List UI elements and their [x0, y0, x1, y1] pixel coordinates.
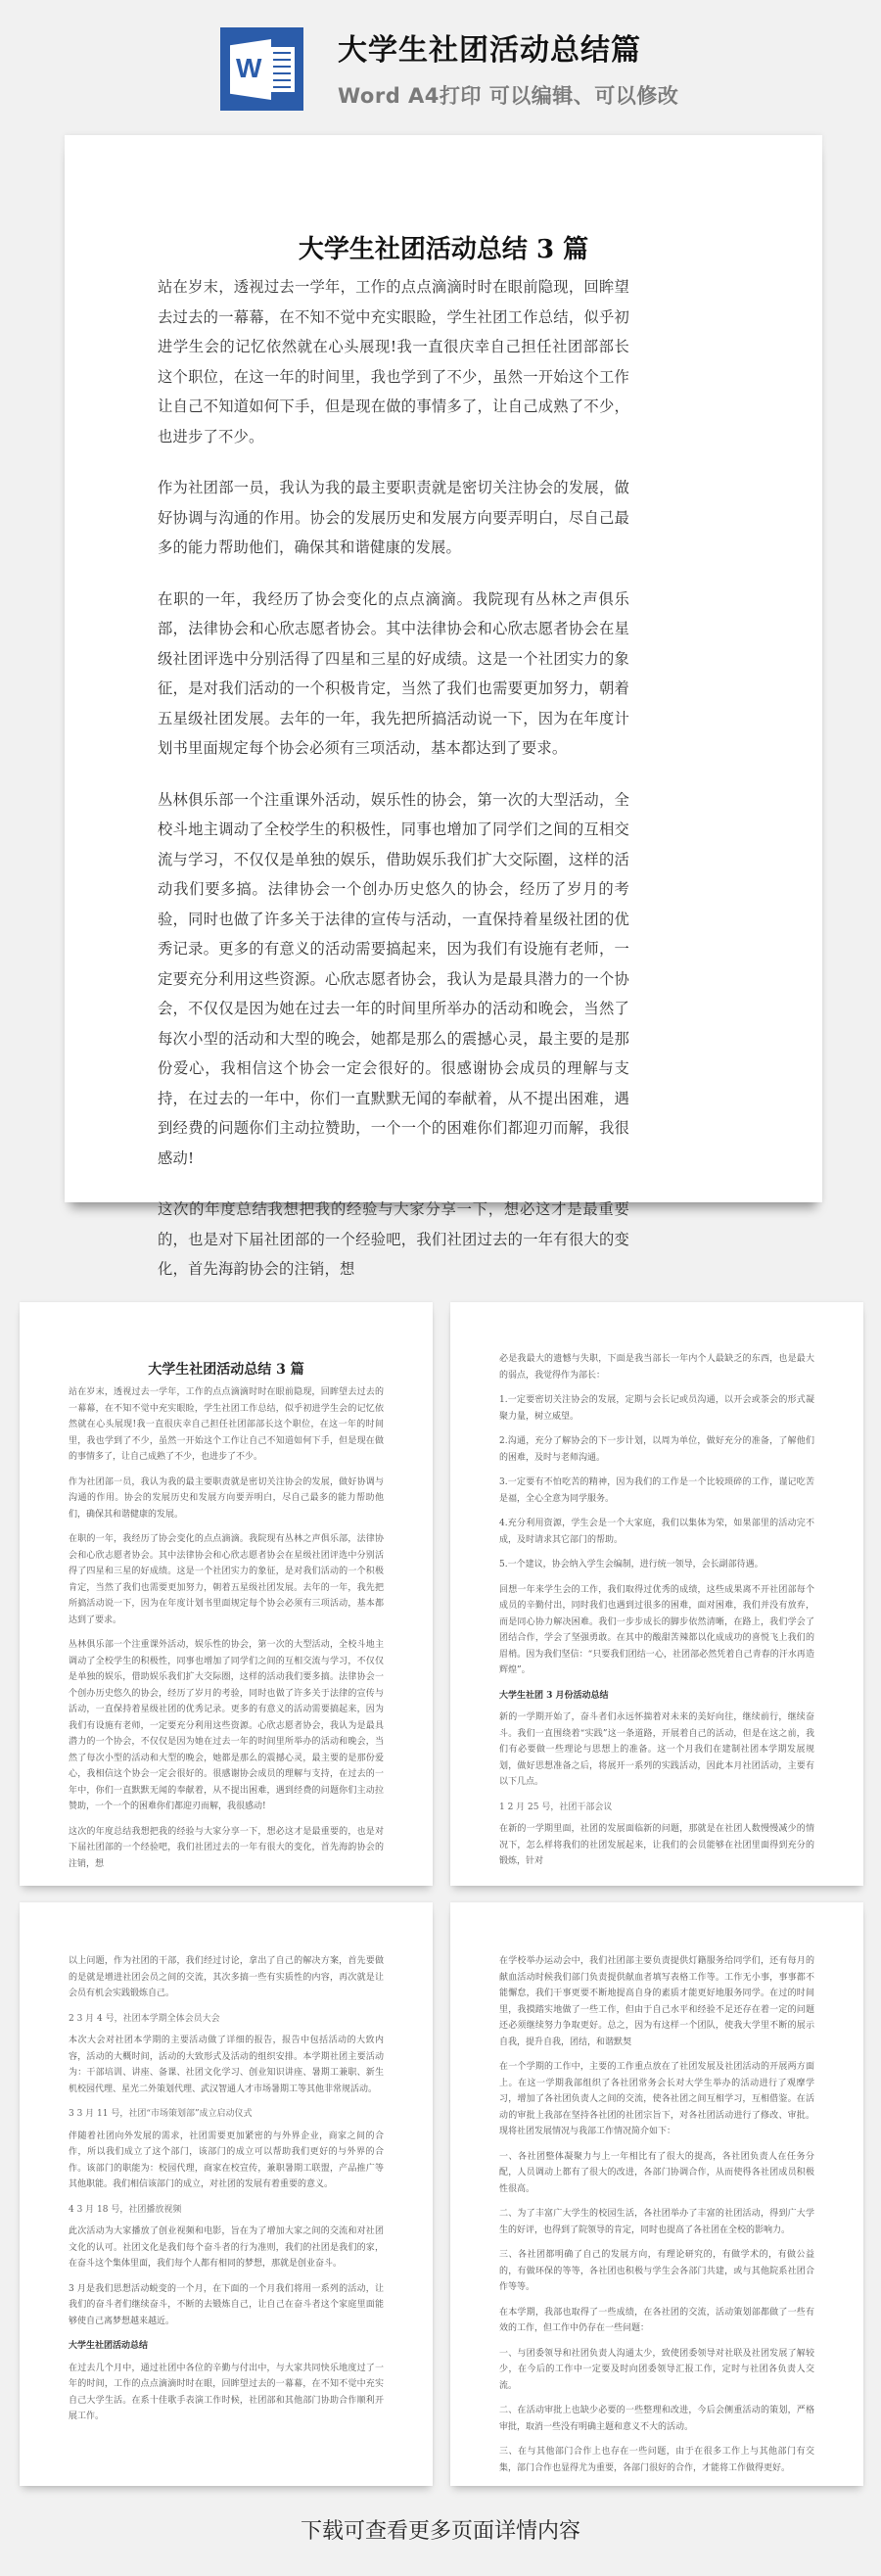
document-title: 大学生社团活动总结 3 篇: [65, 229, 822, 265]
thumbnail-paragraph: 三、在与其他部门合作上也存在一些问题，由于在很多工作上与其他部门有交集，部门合作…: [499, 2444, 814, 2476]
thumbnail-heading: 1 2 月 25 号，社团干部会议: [499, 1800, 814, 1816]
document-lines-icon: [269, 47, 295, 92]
thumbnail-paragraph: 在本学期，我部也取得了一些成绩，在各社团的交流，活动策划部都做了一些有效的工作，…: [499, 2305, 814, 2337]
thumbnail-paragraph: 伴随着社团向外发展的需求，社团需要更加紧密的与外界企业，商家之间的合作，所以我们…: [69, 2129, 384, 2193]
word-letter-panel: W: [230, 39, 271, 100]
thumbnail-page-1[interactable]: 大学生社团活动总结 3 篇站在岁末，透视过去一学年，工作的点点滴滴时时在眼前隐现…: [20, 1302, 433, 1886]
thumbnail-paragraph: 3.一定要有不怕吃苦的精神，因为我们的工作是一个比较琐碎的工作，谨记吃苦是福，全…: [499, 1475, 814, 1507]
paragraph: 在职的一年，我经历了协会变化的点点滴滴。我院现有丛林之声俱乐部，法律协会和心欣志…: [158, 585, 629, 764]
thumbnail-paragraph: 在职的一年，我经历了协会变化的点点滴滴。我院现有丛林之声俱乐部，法律协会和心欣志…: [69, 1531, 384, 1628]
thumbnail-paragraph: 站在岁末，透视过去一学年，工作的点点滴滴时时在眼前隐现，回眸望去过去的一幕幕，在…: [69, 1384, 384, 1466]
thumbnail-heading: 大学生社团活动总结: [69, 2338, 384, 2355]
paragraph: 站在岁末，透视过去一学年，工作的点点滴滴时时在眼前隐现，回眸望去过去的一幕幕，在…: [158, 272, 629, 451]
thumbnail-paragraph: 新的一学期开始了，奋斗者们永远怀揣着对未来的美好向往，继续前行，继续奋斗。我们一…: [499, 1710, 814, 1791]
thumbnail-paragraph: 二、在活动审批上也缺少必要的一些整理和改进，今后会侧重活动的策划，严格审批，取消…: [499, 2403, 814, 2435]
thumbnail-paragraph: 作为社团部一员，我认为我的最主要职责就是密切关注协会的发展，做好协调与沟通的作用…: [69, 1475, 384, 1523]
thumbnail-paragraph: 此次活动为大家播放了创业视频和电影，旨在为了增加大家之间的交流和对社团文化的认可…: [69, 2224, 384, 2272]
thumbnail-heading: 4 3 月 18 号，社团播放视频: [69, 2202, 384, 2219]
thumbnail-paragraph: 一、与团委领导和社团负责人沟通太少，致使团委领导对社联及社团发展了解较少，在今后…: [499, 2346, 814, 2395]
thumbnail-paragraph: 必是我最大的遗憾与失职，下面是我当部长一年内个人最缺乏的东西，也是最大的弱点，我…: [499, 1351, 814, 1383]
thumbnail-paragraph: 在过去几个月中，通过社团中各位的辛勤与付出中，与大家共同快乐地度过了一年的时间，…: [69, 2361, 384, 2425]
thumbnail-paragraph: 这次的年度总结我想把我的经验与大家分享一下，想必这才是最重要的，也是对下届社团部…: [69, 1824, 384, 1873]
thumbnail-title: 大学生社团活动总结 3 篇: [69, 1359, 384, 1379]
thumbnail-paragraph: 在新的一学期里面，社团的发展面临新的问题，那就是在社团人数慢慢减少的情况下，怎么…: [499, 1821, 814, 1870]
thumbnail-page-2[interactable]: 必是我最大的遗憾与失职，下面是我当部长一年内个人最缺乏的东西，也是最大的弱点，我…: [450, 1302, 863, 1886]
thumbnail-paragraph: 回想一年来学生会的工作，我们取得过优秀的成绩，这些成果离不开社团部每个成员的辛勤…: [499, 1582, 814, 1679]
thumbnail-paragraph: 4.充分利用资源，学生会是一个大家庭，我们以集体为荣，如果部里的活动完不成，及时…: [499, 1516, 814, 1548]
thumbnail-paragraph: 丛林俱乐部一个注重课外活动，娱乐性的协会，第一次的大型活动，全校斗地主调动了全校…: [69, 1637, 384, 1815]
word-letter: W: [236, 54, 261, 83]
document-body: 站在岁末，透视过去一学年，工作的点点滴滴时时在眼前隐现，回眸望去过去的一幕幕，在…: [158, 272, 629, 1306]
main-document-page: 大学生社团活动总结 3 篇 站在岁末，透视过去一学年，工作的点点滴滴时时在眼前隐…: [65, 135, 822, 1202]
thumbnail-body: 必是我最大的遗憾与失职，下面是我当部长一年内个人最缺乏的东西，也是最大的弱点，我…: [499, 1351, 814, 1879]
thumbnail-paragraph: 一、各社团整体凝聚力与上一年相比有了很大的提高，各社团负责人在任务分配，人员调动…: [499, 2149, 814, 2198]
document-header: W 大学生社团活动总结篇 Word A4打印 可以编辑、可以修改: [0, 0, 881, 127]
thumbnail-paragraph: 在学校举办运动会中，我们社团部主要负责提供灯籍服务给同学们，还有每月的献血活动时…: [499, 1953, 814, 2050]
thumbnail-page-4[interactable]: 在学校举办运动会中，我们社团部主要负责提供灯籍服务给同学们，还有每月的献血活动时…: [450, 1902, 863, 2486]
thumbnail-paragraph: 1.一定要密切关注协会的发展，定期与会长记或员沟通，以开会或茶会的形式凝聚力量，…: [499, 1392, 814, 1425]
paragraph: 丛林俱乐部一个注重课外活动，娱乐性的协会，第一次的大型活动，全校斗地主调动了全校…: [158, 785, 629, 1174]
thumbnail-heading: 2 3 月 4 号，社团本学期全体会员大会: [69, 2011, 384, 2028]
thumbnail-paragraph: 二、为了丰富广大学生的校园生活，各社团举办了丰富的社团活动，得到广大学生的好评，…: [499, 2206, 814, 2238]
paragraph: 作为社团部一员，我认为我的最主要职责就是密切关注协会的发展，做好协调与沟通的作用…: [158, 473, 629, 563]
download-more-text[interactable]: 下载可查看更多页面详情内容: [0, 2514, 881, 2545]
header-title: 大学生社团活动总结篇: [338, 25, 641, 69]
thumbnail-paragraph: 三、各社团都明确了自己的发展方向，有理论研究的，有做学术的，有做公益的，有做环保…: [499, 2247, 814, 2296]
thumbnail-heading: 大学生社团 3 月份活动总结: [499, 1688, 814, 1705]
thumbnail-body: 在学校举办运动会中，我们社团部主要负责提供灯籍服务给同学们，还有每月的献血活动时…: [499, 1953, 814, 2485]
thumbnail-paragraph: 以上问题，作为社团的干部，我们经过讨论，拿出了自己的解决方案，首先要做的是就是增…: [69, 1953, 384, 2002]
thumbnail-page-3[interactable]: 以上问题，作为社团的干部，我们经过讨论，拿出了自己的解决方案，首先要做的是就是增…: [20, 1902, 433, 2486]
thumbnail-paragraph: 3 月是我们思想活动蜕变的一个月，在下面的一个月我们将用一系列的活动，让我们的奋…: [69, 2281, 384, 2330]
thumbnail-paragraph: 本次大会对社团本学期的主要活动做了详细的报告，报告中包括活动的大致内容，活动的大…: [69, 2033, 384, 2097]
header-subtitle: Word A4打印 可以编辑、可以修改: [338, 80, 678, 110]
word-document-icon: W: [220, 27, 303, 111]
thumbnail-paragraph: 在一个学期的工作中，主要的工作重点放在了社团发展及社团活动的开展两方面上。在这一…: [499, 2059, 814, 2140]
thumbnail-paragraph: 2.沟通，充分了解协会的下一步计划，以周为单位，做好充分的准备，了解他们的困难，…: [499, 1433, 814, 1466]
thumbnail-heading: 3 3 月 11 号，社团“市场策划部”成立启动仪式: [69, 2106, 384, 2123]
thumbnail-body: 以上问题，作为社团的干部，我们经过讨论，拿出了自己的解决方案，首先要做的是就是增…: [69, 1953, 384, 2434]
paragraph: 这次的年度总结我想把我的经验与大家分享一下，想必这才是最重要的，也是对下届社团部…: [158, 1194, 629, 1285]
thumbnail-paragraph: 5.一个建议，协会纳入学生会编制，进行统一领导，会长副部待遇。: [499, 1557, 814, 1573]
thumbnail-body: 大学生社团活动总结 3 篇站在岁末，透视过去一学年，工作的点点滴滴时时在眼前隐现…: [69, 1359, 384, 1881]
